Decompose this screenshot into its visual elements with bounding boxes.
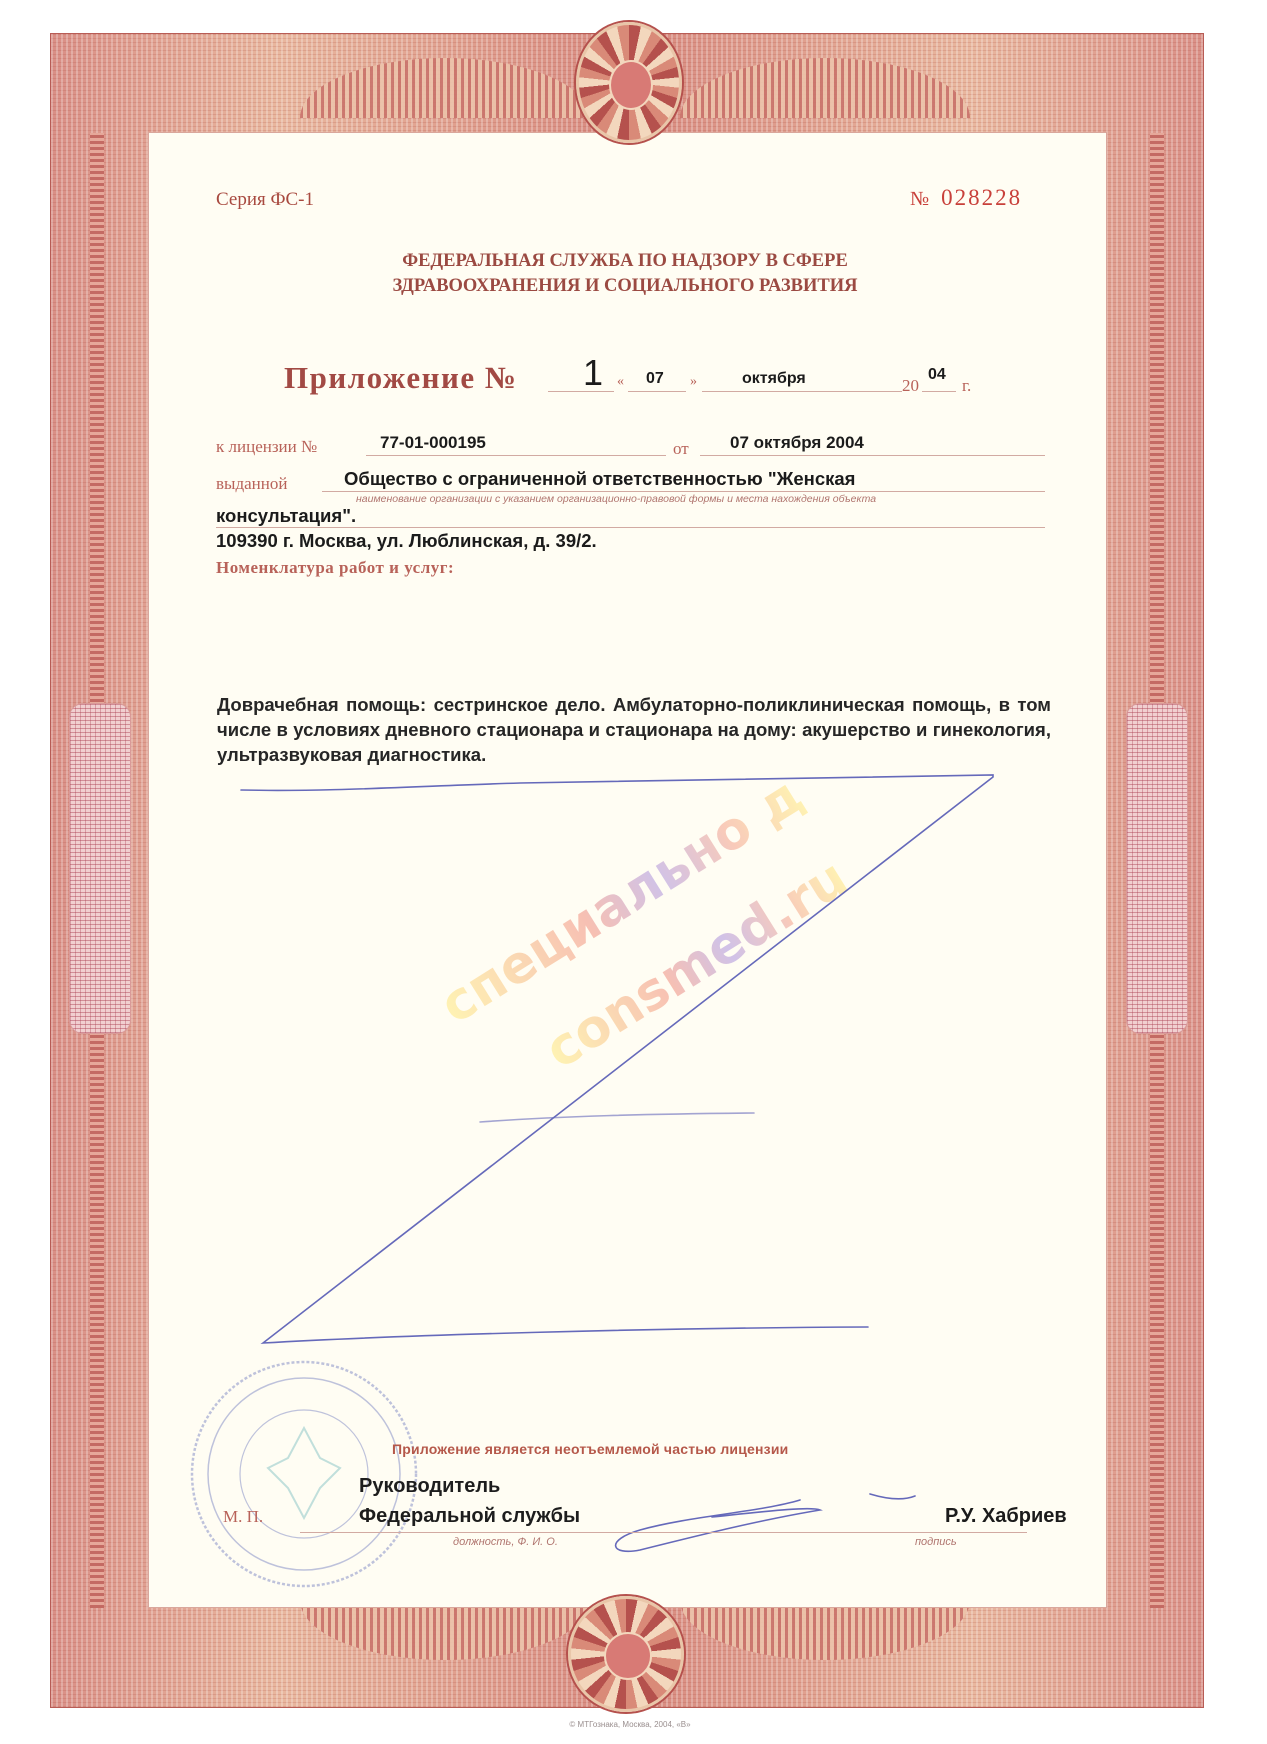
- official-stamp: [188, 1358, 420, 1590]
- integral-part-notice: Приложение является неотъемлемой частью …: [392, 1441, 788, 1457]
- stamp-place-label: М. П.: [223, 1507, 263, 1527]
- signature-hint: подпись: [915, 1536, 957, 1548]
- signatory-position-line1: Руководитель: [359, 1475, 500, 1498]
- signatory-position-line2: Федеральной службы: [359, 1505, 580, 1528]
- signatory-name: Р.У. Хабриев: [945, 1505, 1067, 1528]
- position-hint: должность, Ф. И. О.: [453, 1536, 558, 1548]
- signature-underline: [300, 1532, 1027, 1533]
- printer-imprint: © МТГознака, Москва, 2004, «В»: [510, 1720, 750, 1729]
